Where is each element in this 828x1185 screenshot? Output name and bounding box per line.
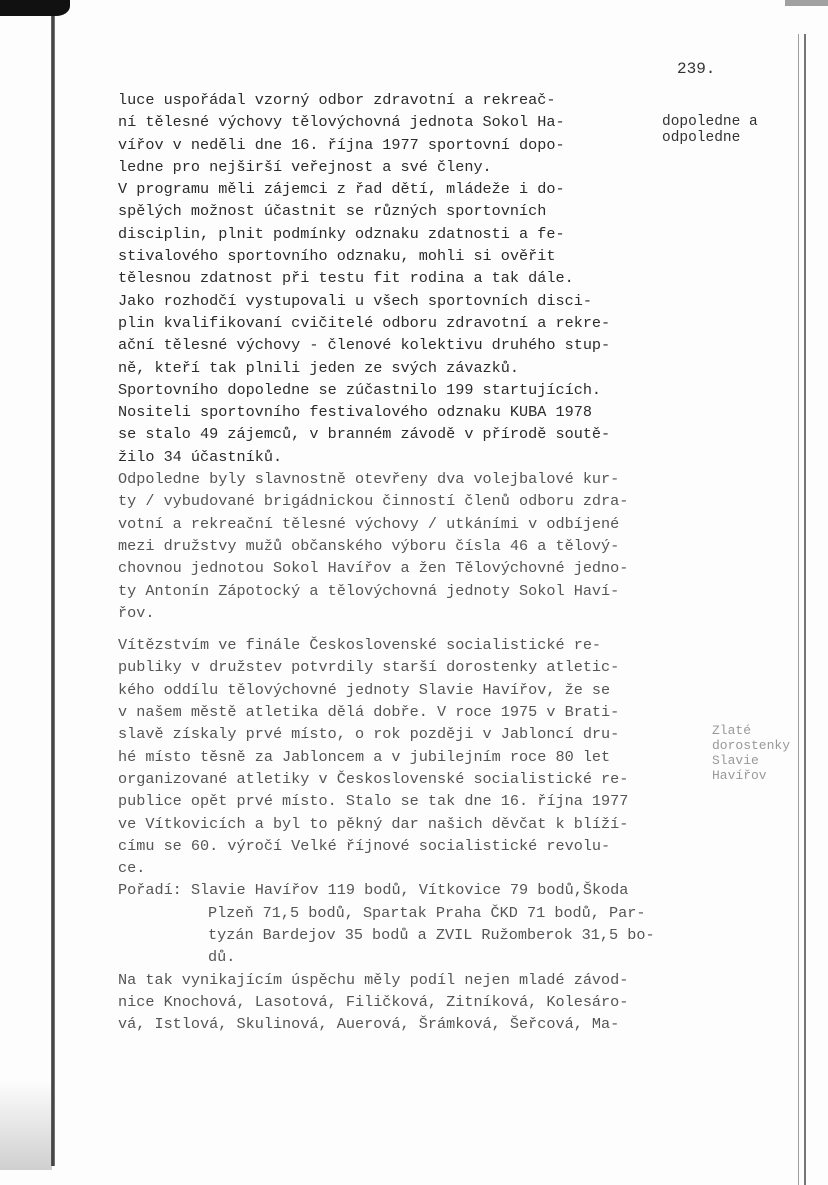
text-line: žilo 34 účastníků. [118,446,678,468]
text-line: ní tělesné výchovy tělovýchovná jednota … [118,111,678,133]
text-line: publiky v družstev potvrdily starší doro… [118,656,678,678]
text-line: tělesnou zdatnost při testu fit rodina a… [118,267,678,289]
ranking-line: dů. [118,946,678,968]
text-line: spělých možnost účastnit se různých spor… [118,200,678,222]
paragraph-athletics-victory: Vítězstvím ve finále Československé soci… [118,634,678,879]
paragraph-closing: Na tak vynikajícím úspěchu měly podíl ne… [118,969,678,1036]
ranking-block: Pořadí: Slavie Havířov 119 bodů, Vítkovi… [118,879,678,968]
text-line: ační tělesné výchovy - členové kolektivu… [118,334,678,356]
document-body: luce uspořádal vzorný odbor zdravotní a … [118,89,678,1035]
text-line: mezi družstvy mužů občanského výboru čís… [118,535,678,557]
text-line: organizované atletiky v Československé s… [118,768,678,790]
page-left-edge [51,16,55,1166]
paragraph-participants: Sportovního dopoledne se zúčastnilo 199 … [118,379,678,468]
ranking-line: Plzeň 71,5 bodů, Spartak Praha ČKD 71 bo… [118,902,678,924]
paragraph-program: V programu měli zájemci z řad dětí, mlád… [118,178,678,289]
paragraph-volleyball: Odpoledne byly slavnostně otevřeny dva v… [118,468,678,624]
text-line: stivalového sportovního odznaku, mohli s… [118,245,678,267]
text-line: Nositeli sportovního festivalového odzna… [118,401,678,423]
text-line: ty Antonín Zápotocký a tělovýchovná jedn… [118,580,678,602]
text-line: vířov v neděli dne 16. října 1977 sporto… [118,134,678,156]
text-line: ve Vítkovicích a byl to pěkný dar našich… [118,813,678,835]
text-line: publice opět prvé místo. Stalo se tak dn… [118,790,678,812]
ranking-line: Slavie Havířov 119 bodů, Vítkovice 79 bo… [191,881,628,899]
text-line: ledne pro nejširší veřejnost a své členy… [118,156,678,178]
paragraph-intro: luce uspořádal vzorný odbor zdravotní a … [118,89,678,178]
text-line: hé místo těsně za Jabloncem a v jubilejn… [118,746,678,768]
scan-smudge [785,0,828,6]
text-line: ně, kteří tak plnili jeden ze svých záva… [118,357,678,379]
text-line: se stalo 49 zájemců, v branném závodě v … [118,423,678,445]
text-line: ce. [118,857,678,879]
text-line: plin kvalifikovaní cvičitelé odboru zdra… [118,312,678,334]
text-line: chovnou jednotou Sokol Havířov a žen Těl… [118,557,678,579]
text-line: Odpoledne byly slavnostně otevřeny dva v… [118,468,678,490]
text-line: votní a rekreační tělesné výchovy / utká… [118,513,678,535]
paragraph-judges: Jako rozhodčí vystupovali u všech sporto… [118,290,678,379]
ranking-line: tyzán Bardejov 35 bodů a ZVIL Ružomberok… [118,924,678,946]
page-right-edge [798,34,806,1185]
text-line: v našem městě atletika dělá dobře. V roc… [118,701,678,723]
text-line: luce uspořádal vzorný odbor zdravotní a … [118,89,678,111]
scan-edge-shadow [0,1080,52,1170]
text-line: Vítězstvím ve finále Československé soci… [118,634,678,656]
ranking-first-line: Pořadí: Slavie Havířov 119 bodů, Vítkovi… [118,879,678,901]
ranking-label: Pořadí: [118,881,182,899]
text-line: disciplin, plnit podmínky odznaku zdatno… [118,223,678,245]
page-number: 239. [677,60,715,78]
text-line: ty / vybudované brigádnickou činností čl… [118,490,678,512]
text-line: řov. [118,602,678,624]
margin-note-zlate-dorostenky: Zlaté dorostenky Slavie Havířov [712,723,790,783]
text-line: nice Knochová, Lasotová, Filičková, Zitn… [118,991,678,1013]
text-line: címu se 60. výročí Velké říjnové sociali… [118,835,678,857]
text-line: Jako rozhodčí vystupovali u všech sporto… [118,290,678,312]
text-line: kého oddílu tělovýchovné jednoty Slavie … [118,679,678,701]
text-line: Na tak vynikajícím úspěchu měly podíl ne… [118,969,678,991]
text-line: Sportovního dopoledne se zúčastnilo 199 … [118,379,678,401]
text-line: V programu měli zájemci z řad dětí, mlád… [118,178,678,200]
text-line: vá, Istlová, Skulinová, Auerová, Šrámkov… [118,1013,678,1035]
text-line: slavě získaly prvé místo, o rok později … [118,723,678,745]
scan-corner-shadow [0,0,70,16]
